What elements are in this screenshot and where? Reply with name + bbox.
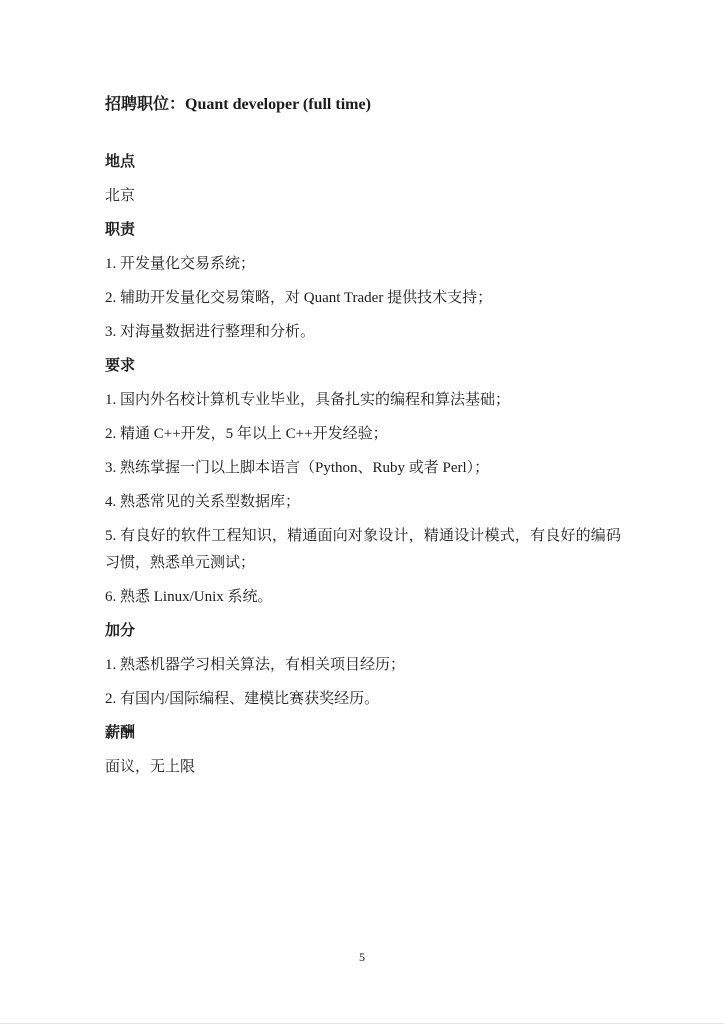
section-salary: 薪酬 面议，无上限 [105,720,621,781]
section-heading-responsibilities: 职责 [105,217,621,244]
list-item: 2. 辅助开发量化交易策略，对 Quant Trader 提供技术支持； [105,285,621,312]
section-heading-location: 地点 [105,149,621,176]
document-content: 招聘职位：Quant developer (full time) 地点 北京 职… [105,94,621,788]
section-heading-requirements: 要求 [105,353,621,380]
doc-title: 招聘职位：Quant developer (full time) [105,94,621,116]
page-number: 5 [359,950,365,964]
document-page: 招聘职位：Quant developer (full time) 地点 北京 职… [0,0,724,1024]
list-item: 2. 有国内/国际编程、建模比赛获奖经历。 [105,686,621,713]
list-item: 1. 国内外名校计算机专业毕业，具备扎实的编程和算法基础； [105,387,621,414]
list-item: 2. 精通 C++开发，5 年以上 C++开发经验； [105,421,621,448]
section-heading-salary: 薪酬 [105,720,621,747]
paragraph: 面议，无上限 [105,754,621,781]
section-location: 地点 北京 [105,149,621,210]
list-item: 3. 熟练掌握一门以上脚本语言（Python、Ruby 或者 Perl）； [105,455,621,482]
section-heading-bonus: 加分 [105,618,621,645]
list-item: 6. 熟悉 Linux/Unix 系统。 [105,584,621,611]
list-item: 5. 有良好的软件工程知识，精通面向对象设计，精通设计模式，有良好的编码习惯，熟… [105,523,621,577]
page-footer: 5 [0,948,724,966]
section-responsibilities: 职责 1. 开发量化交易系统； 2. 辅助开发量化交易策略，对 Quant Tr… [105,217,621,346]
list-item: 3. 对海量数据进行整理和分析。 [105,319,621,346]
list-item: 1. 开发量化交易系统； [105,251,621,278]
section-requirements: 要求 1. 国内外名校计算机专业毕业，具备扎实的编程和算法基础； 2. 精通 C… [105,353,621,611]
list-item: 4. 熟悉常见的关系型数据库； [105,489,621,516]
paragraph: 北京 [105,183,621,210]
list-item: 1. 熟悉机器学习相关算法，有相关项目经历； [105,652,621,679]
section-bonus: 加分 1. 熟悉机器学习相关算法，有相关项目经历； 2. 有国内/国际编程、建模… [105,618,621,713]
